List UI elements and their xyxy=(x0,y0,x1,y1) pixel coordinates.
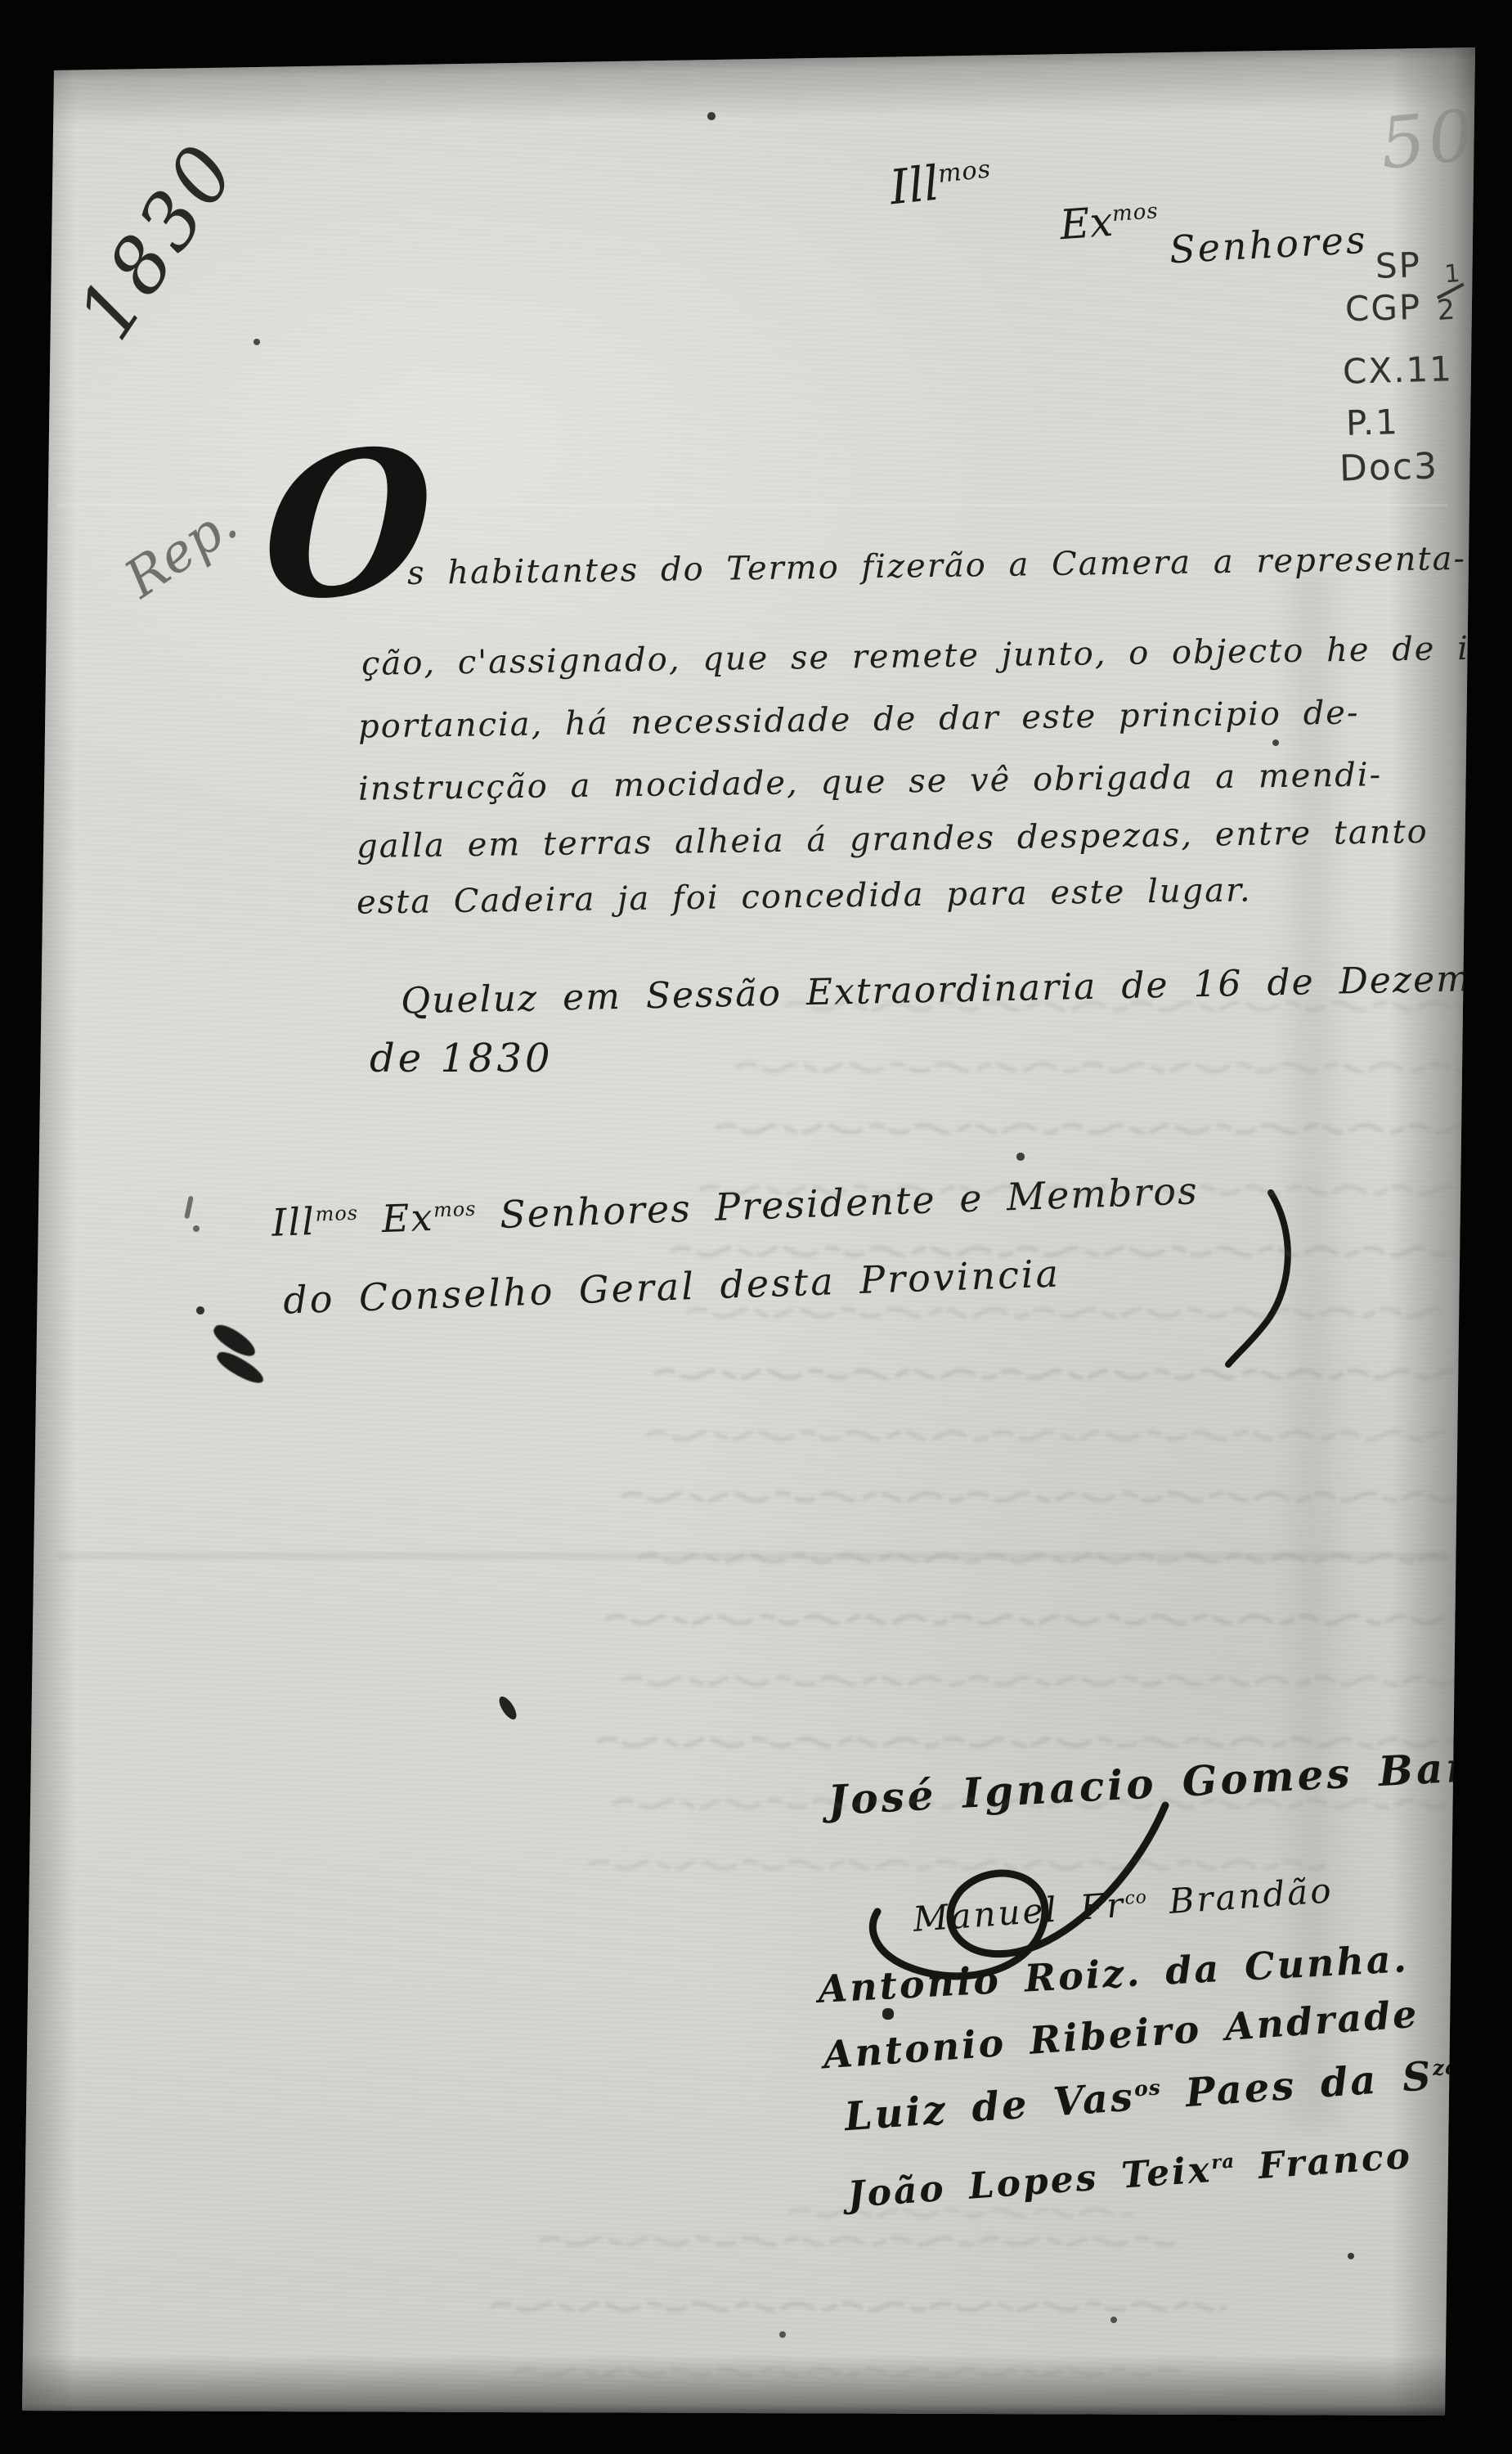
page-left-edge-shadow xyxy=(16,65,75,2421)
salutation-exmos: Exmos xyxy=(1058,198,1160,245)
signature-superscript: ra xyxy=(1210,2151,1236,2173)
signature-text: Paes da S xyxy=(1160,2053,1434,2118)
body-line: ção, c'assignado, que se remete junto, o… xyxy=(361,631,1512,681)
archival-stamp-line: Doc3 xyxy=(1339,445,1438,489)
body-line: galla em terras alheia á grandes despeza… xyxy=(357,816,1429,863)
body-line: portancia, há necessidade de dar este pr… xyxy=(358,696,1360,743)
salutation-text: Ill xyxy=(887,155,942,215)
address-superscript: mos xyxy=(315,1202,358,1226)
archival-stamp-fraction: 1 2 xyxy=(1430,259,1468,328)
bleed-through-writing xyxy=(446,2205,1272,2401)
signature: João Lopes Teixra Franco xyxy=(846,2138,1413,2214)
archival-stamp-line: SP xyxy=(1375,245,1421,285)
body-line: instrucção a mocidade, que se vê obrigad… xyxy=(358,758,1383,805)
ink-mark xyxy=(496,1694,521,1722)
body-line: esta Cadeira ja foi concedida para este … xyxy=(357,874,1252,919)
ink-specks xyxy=(0,0,3,3)
margin-annotation: Rep. xyxy=(117,496,246,606)
page-top-edge-shadow xyxy=(0,29,1512,129)
salutation-superscript: mos xyxy=(936,155,993,189)
archival-stamp-line: CX.11 xyxy=(1342,348,1453,392)
salutation-text: Ex xyxy=(1058,198,1115,249)
pencil-tick xyxy=(184,1196,194,1220)
page-number: 50 xyxy=(1377,100,1480,180)
salutation-illmos: Illmos xyxy=(887,154,994,212)
address-superscript: mos xyxy=(433,1198,477,1222)
archival-stamp-line: CGP xyxy=(1344,287,1421,329)
signature-superscript: os xyxy=(1133,2075,1162,2101)
year-annotation: 1830 xyxy=(66,131,250,353)
dateline-year: de 1830 xyxy=(370,1039,554,1078)
address-text: Ex xyxy=(381,1195,434,1241)
archival-stamp-line: P.1 xyxy=(1345,402,1399,443)
address-text: Ill xyxy=(271,1199,316,1245)
signature-text: Luiz de Vas xyxy=(843,2074,1137,2141)
manuscript-page: 50 SP CGP 1 2 CX.11 P.1 Doc3 1830 Rep. I… xyxy=(0,0,1512,2454)
salutation-superscript: mos xyxy=(1111,199,1160,227)
signature-superscript: za xyxy=(1432,2055,1460,2080)
bleed-through-writing xyxy=(577,978,1480,1910)
drop-cap: O xyxy=(262,420,434,631)
signature-text: Franco xyxy=(1234,2135,1414,2189)
body-line: s habitantes do Termo fizerão a Camera a… xyxy=(407,542,1466,590)
scanned-document: 50 SP CGP 1 2 CX.11 P.1 Doc3 1830 Rep. I… xyxy=(0,0,1512,2454)
salutation-senhores: Senhores xyxy=(1169,221,1369,269)
